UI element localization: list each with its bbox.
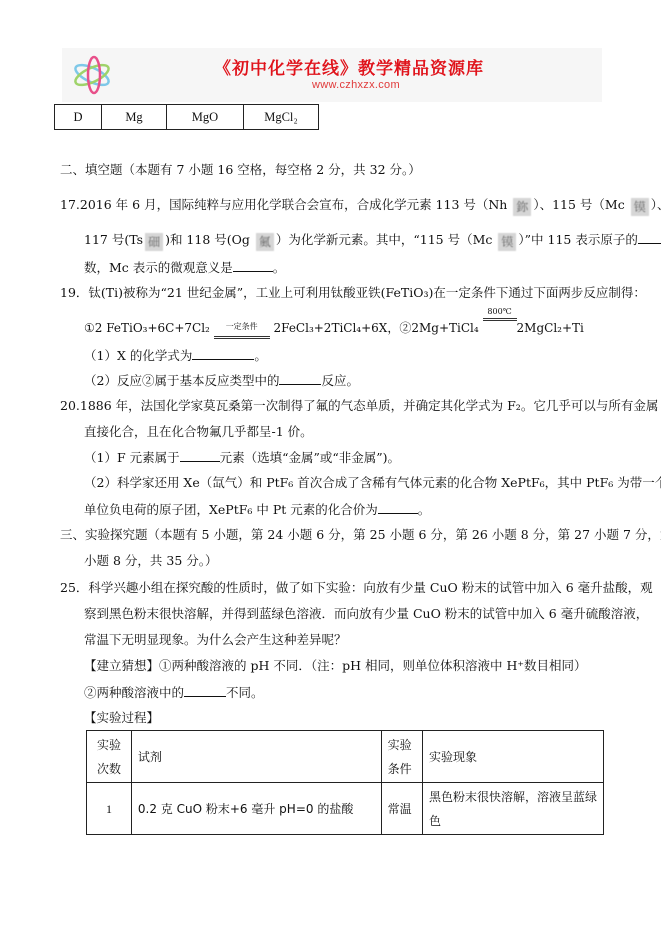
text: （1）X 的化学式为 [84,348,192,363]
question-17-line-3: 数，Mc 表示的微观意义是。 [84,259,285,276]
table-row: D Mg MgO MgCl₂ [55,105,319,130]
header-text: 实验 [93,733,125,757]
answer-blank[interactable] [233,259,273,272]
banner-url: www.czhxzx.com [312,79,400,91]
hypothesis-2: ②两种酸溶液中的不同。 [84,684,264,701]
cell-trial: 1 [87,783,132,835]
question-17-line-2: 117 号(Ts鿬)和 118 号(Og 鿫）为化学新元素。其中，“115 号（… [84,231,661,251]
question-20-sub-2-line-1: （2）科学家还用 Xe（氙气）和 PtF₆ 首次合成了含稀有气体元素的化合物 X… [84,475,661,491]
table-row: 1 0.2 克 CuO 粉末+6 毫升 pH=0 的盐酸 常温 黑色粉末很快溶解… [87,783,604,835]
section-heading-fill-in: 二、填空题（本题有 7 小题 16 空格，每空格 2 分，共 32 分。） [60,162,421,178]
header-text: 次数 [93,757,125,781]
question-19-line-1: 19．钛(Ti)被称为“21 世纪金属”，工业上可利用钛酸亚铁(FeTiO₃)在… [60,285,646,301]
answer-blank[interactable] [184,684,226,697]
header-text: 条件 [388,757,416,781]
text: 不同。 [226,685,264,700]
answer-blank[interactable] [192,347,254,360]
reaction-condition-arrow: 800℃ [483,320,517,332]
question-20-sub-2-line-2: 单位负电荷的原子团，XePtF₆ 中 Pt 元素的化合价为。 [84,501,430,518]
condition-label: 800℃ [483,307,517,316]
text: ②两种酸溶液中的 [84,685,184,700]
text: 反应。 [321,373,359,388]
table-cell: MgCl₂ [244,105,319,130]
question-25-line-3: 常温下无明显现象。为什么会产生这种差异呢？ [84,632,347,648]
text: （2）反应②属于基本反应类型中的 [84,373,279,388]
element-mc-glyph-icon: 镆 [498,233,516,251]
equation-2-left: ②2Mg+TiCl₄ [399,321,478,335]
element-nh-glyph-icon: 鉨 [513,198,531,216]
cell-reagent: 0.2 克 CuO 粉末+6 毫升 pH=0 的盐酸 [131,783,381,835]
question-19-equations: ①2 FeTiO₃+6C+7Cl₂ 一定条件 2FeCl₃+2TiCl₄+6X，… [84,320,584,338]
question-20-line-2: 直接化合，且在化合物氟几乎都呈-1 价。 [84,424,313,440]
table-cell: MgO [167,105,244,130]
text: ）”中 115 表示原子的 [518,232,637,247]
equation-2-right: 2MgCl₂+Ti [517,321,584,335]
text: 单位负电荷的原子团，XePtF₆ 中 Pt 元素的化合价为 [84,502,378,517]
element-og-glyph-icon: 鿫 [256,233,274,251]
text: )和 118 号(Og [165,232,250,247]
question-19-sub-1: （1）X 的化学式为。 [84,347,267,364]
text: ）、 [651,197,661,212]
text: 17.2016 年 6 月，国际纯粹与应用化学联合会宣布，合成化学元素 113 … [60,197,507,212]
header-condition: 实验 条件 [381,731,422,783]
answer-blank[interactable] [378,501,418,514]
text: 数，Mc 表示的微观意义是 [84,260,233,275]
equals-sign-icon [214,336,270,339]
text: 元素（选填“金属”或“非金属”)。 [220,450,400,465]
header-trial: 实验 次数 [87,731,132,783]
question-25-line-2: 察到黑色粉末很快溶解，并得到蓝绿色溶液．而向放有少量 CuO 粉末的试管中加入 … [84,606,648,622]
text: 。 [273,260,286,275]
hypothesis-1: 【建立猜想】①两种酸溶液的 pH 不同．（注：pH 相同，则单位体积溶液中 H⁺… [84,658,586,674]
header-reagent: 试剂 [131,731,381,783]
reaction-condition-arrow: 一定条件 [214,320,270,338]
section-heading-experiment-line-2: 小题 8 分，共 35 分。） [84,553,218,569]
experiment-process-label: 【实验过程】 [84,710,159,726]
cell-condition: 常温 [381,783,422,835]
condition-label: 一定条件 [226,322,258,331]
text: （1）F 元素属于 [84,450,180,465]
equation-1-right: 2FeCl₃+2TiCl₄+6X， [274,321,400,335]
question-20-line-1: 20.1886 年，法国化学家莫瓦桑第一次制得了氟的气态单质，并确定其化学式为 … [60,398,658,414]
question-19-sub-2: （2）反应②属于基本反应类型中的反应。 [84,372,359,389]
table-header-row: 实验 次数 试剂 实验 条件 实验现象 [87,731,604,783]
table-cell: Mg [102,105,167,130]
header-banner: 《初中化学在线》教学精品资源库 www.czhxzx.com [62,48,602,102]
banner-title: 《初中化学在线》教学精品资源库 [214,54,594,79]
element-mc-glyph-icon: 镆 [631,198,649,216]
text: 。 [418,502,431,517]
table-cell: D [55,105,102,130]
header-phenomenon: 实验现象 [422,731,603,783]
answer-table-fragment: D Mg MgO MgCl₂ [54,104,319,130]
equals-sign-icon [483,318,517,321]
header-text: 实验 [388,733,416,757]
text: 117 号(Ts [84,232,143,247]
element-ts-glyph-icon: 鿬 [145,233,163,251]
text: ）、115 号（Mc [533,197,624,212]
answer-blank[interactable] [180,449,220,462]
question-17-line-1: 17.2016 年 6 月，国际纯粹与应用化学联合会宣布，合成化学元素 113 … [60,197,661,216]
phenomenon-line: 黑色粉末很快溶解，溶液呈蓝绿 [429,785,597,809]
cell-phenomenon: 黑色粉末很快溶解，溶液呈蓝绿 色 [422,783,603,835]
equation-1-left: ①2 FeTiO₃+6C+7Cl₂ [84,321,210,335]
text: ）为化学新元素。其中，“115 号（Mc [276,232,493,247]
answer-blank[interactable] [638,231,661,244]
question-20-sub-1: （1）F 元素属于元素（选填“金属”或“非金属”)。 [84,449,400,466]
text: 。 [254,348,267,363]
atom-logo-icon [70,54,114,96]
phenomenon-line: 色 [429,809,597,833]
section-heading-experiment-line-1: 三、实验探究题（本题有 5 小题，第 24 小题 6 分，第 25 小题 6 分… [60,527,661,543]
answer-blank[interactable] [279,372,321,385]
question-25-line-1: 25．科学兴趣小组在探究酸的性质时，做了如下实验：向放有少量 CuO 粉末的试管… [60,580,653,596]
experiment-table: 实验 次数 试剂 实验 条件 实验现象 1 0.2 克 CuO 粉末+6 毫升 … [86,730,604,835]
